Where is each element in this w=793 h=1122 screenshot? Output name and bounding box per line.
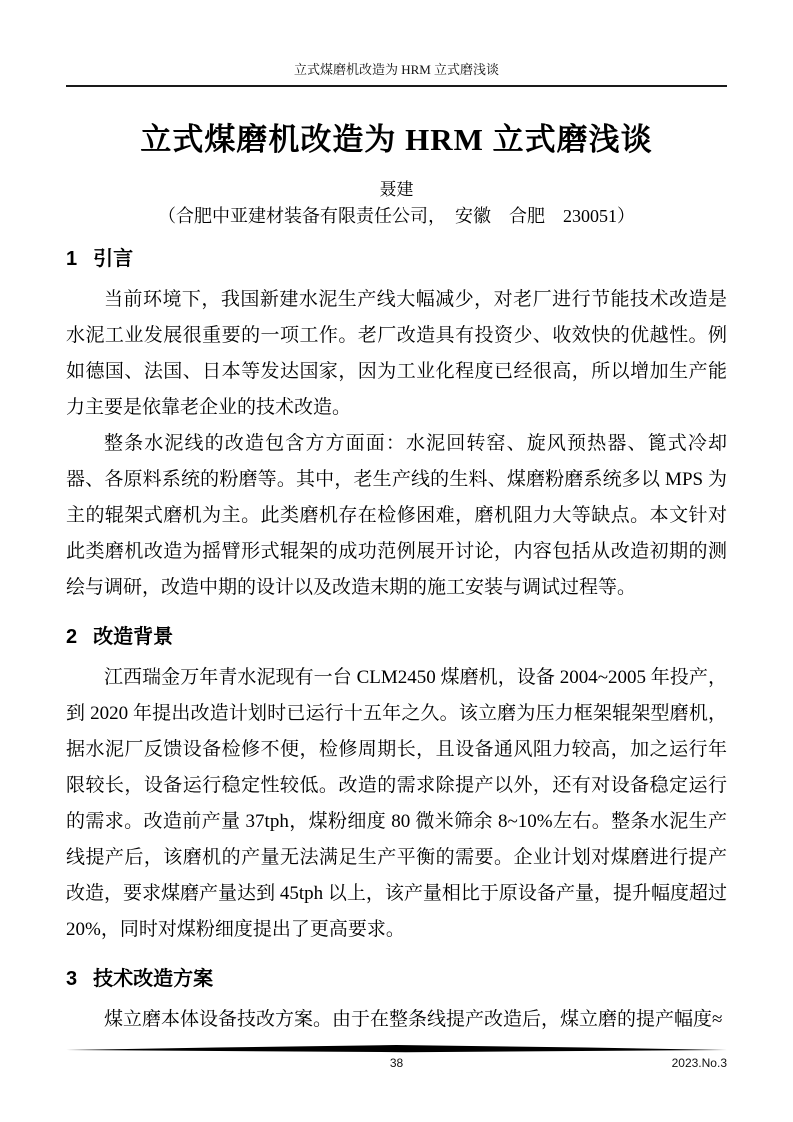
running-header-title: 立式煤磨机改造为 HRM 立式磨浅谈 [66, 62, 727, 78]
section-heading: 3技术改造方案 [66, 966, 727, 992]
section-technical-plan: 3技术改造方案 煤立磨本体设备技改方案。由于在整条线提产改造后，煤立磨的提产幅度… [66, 966, 727, 1038]
issue-label: 2023.No.3 [672, 1055, 727, 1071]
article-body: 1引言 当前环境下，我国新建水泥生产线大幅减少，对老厂进行节能技术改造是水泥工业… [66, 246, 727, 1038]
section-heading-label: 改造背景 [93, 626, 173, 648]
footer-rule [66, 1045, 727, 1053]
section-introduction: 1引言 当前环境下，我国新建水泥生产线大幅减少，对老厂进行节能技术改造是水泥工业… [66, 246, 727, 606]
section-heading: 1引言 [66, 246, 727, 272]
section-heading-label: 技术改造方案 [93, 968, 213, 990]
body-paragraph: 江西瑞金万年青水泥现有一台 CLM2450 煤磨机，设备 2004~2005 年… [66, 660, 727, 948]
footer-row: 38 2023.No.3 [66, 1055, 727, 1071]
section-number: 2 [66, 624, 77, 650]
running-header: 立式煤磨机改造为 HRM 立式磨浅谈 [66, 0, 727, 87]
body-paragraph: 当前环境下，我国新建水泥生产线大幅减少，对老厂进行节能技术改造是水泥工业发展很重… [66, 282, 727, 426]
section-number: 1 [66, 246, 77, 272]
document-page: 立式煤磨机改造为 HRM 立式磨浅谈 立式煤磨机改造为 HRM 立式磨浅谈 聂建… [0, 0, 793, 1122]
section-number: 3 [66, 966, 77, 992]
section-heading-label: 引言 [93, 248, 133, 270]
page-title: 立式煤磨机改造为 HRM 立式磨浅谈 [66, 119, 727, 161]
header-rule [66, 85, 727, 87]
page-footer: 38 2023.No.3 [66, 1045, 727, 1071]
author-name: 聂建 [66, 179, 727, 201]
section-heading: 2改造背景 [66, 624, 727, 650]
body-paragraph: 煤立磨本体设备技改方案。由于在整条线提产改造后，煤立磨的提产幅度≈ [66, 1002, 727, 1038]
section-background: 2改造背景 江西瑞金万年青水泥现有一台 CLM2450 煤磨机，设备 2004~… [66, 624, 727, 948]
page-number: 38 [66, 1055, 727, 1071]
author-affiliation: （合肥中亚建材装备有限责任公司， 安徽 合肥 230051） [66, 204, 727, 228]
body-paragraph: 整条水泥线的改造包含方方面面：水泥回转窑、旋风预热器、篦式冷却器、各原料系统的粉… [66, 426, 727, 606]
